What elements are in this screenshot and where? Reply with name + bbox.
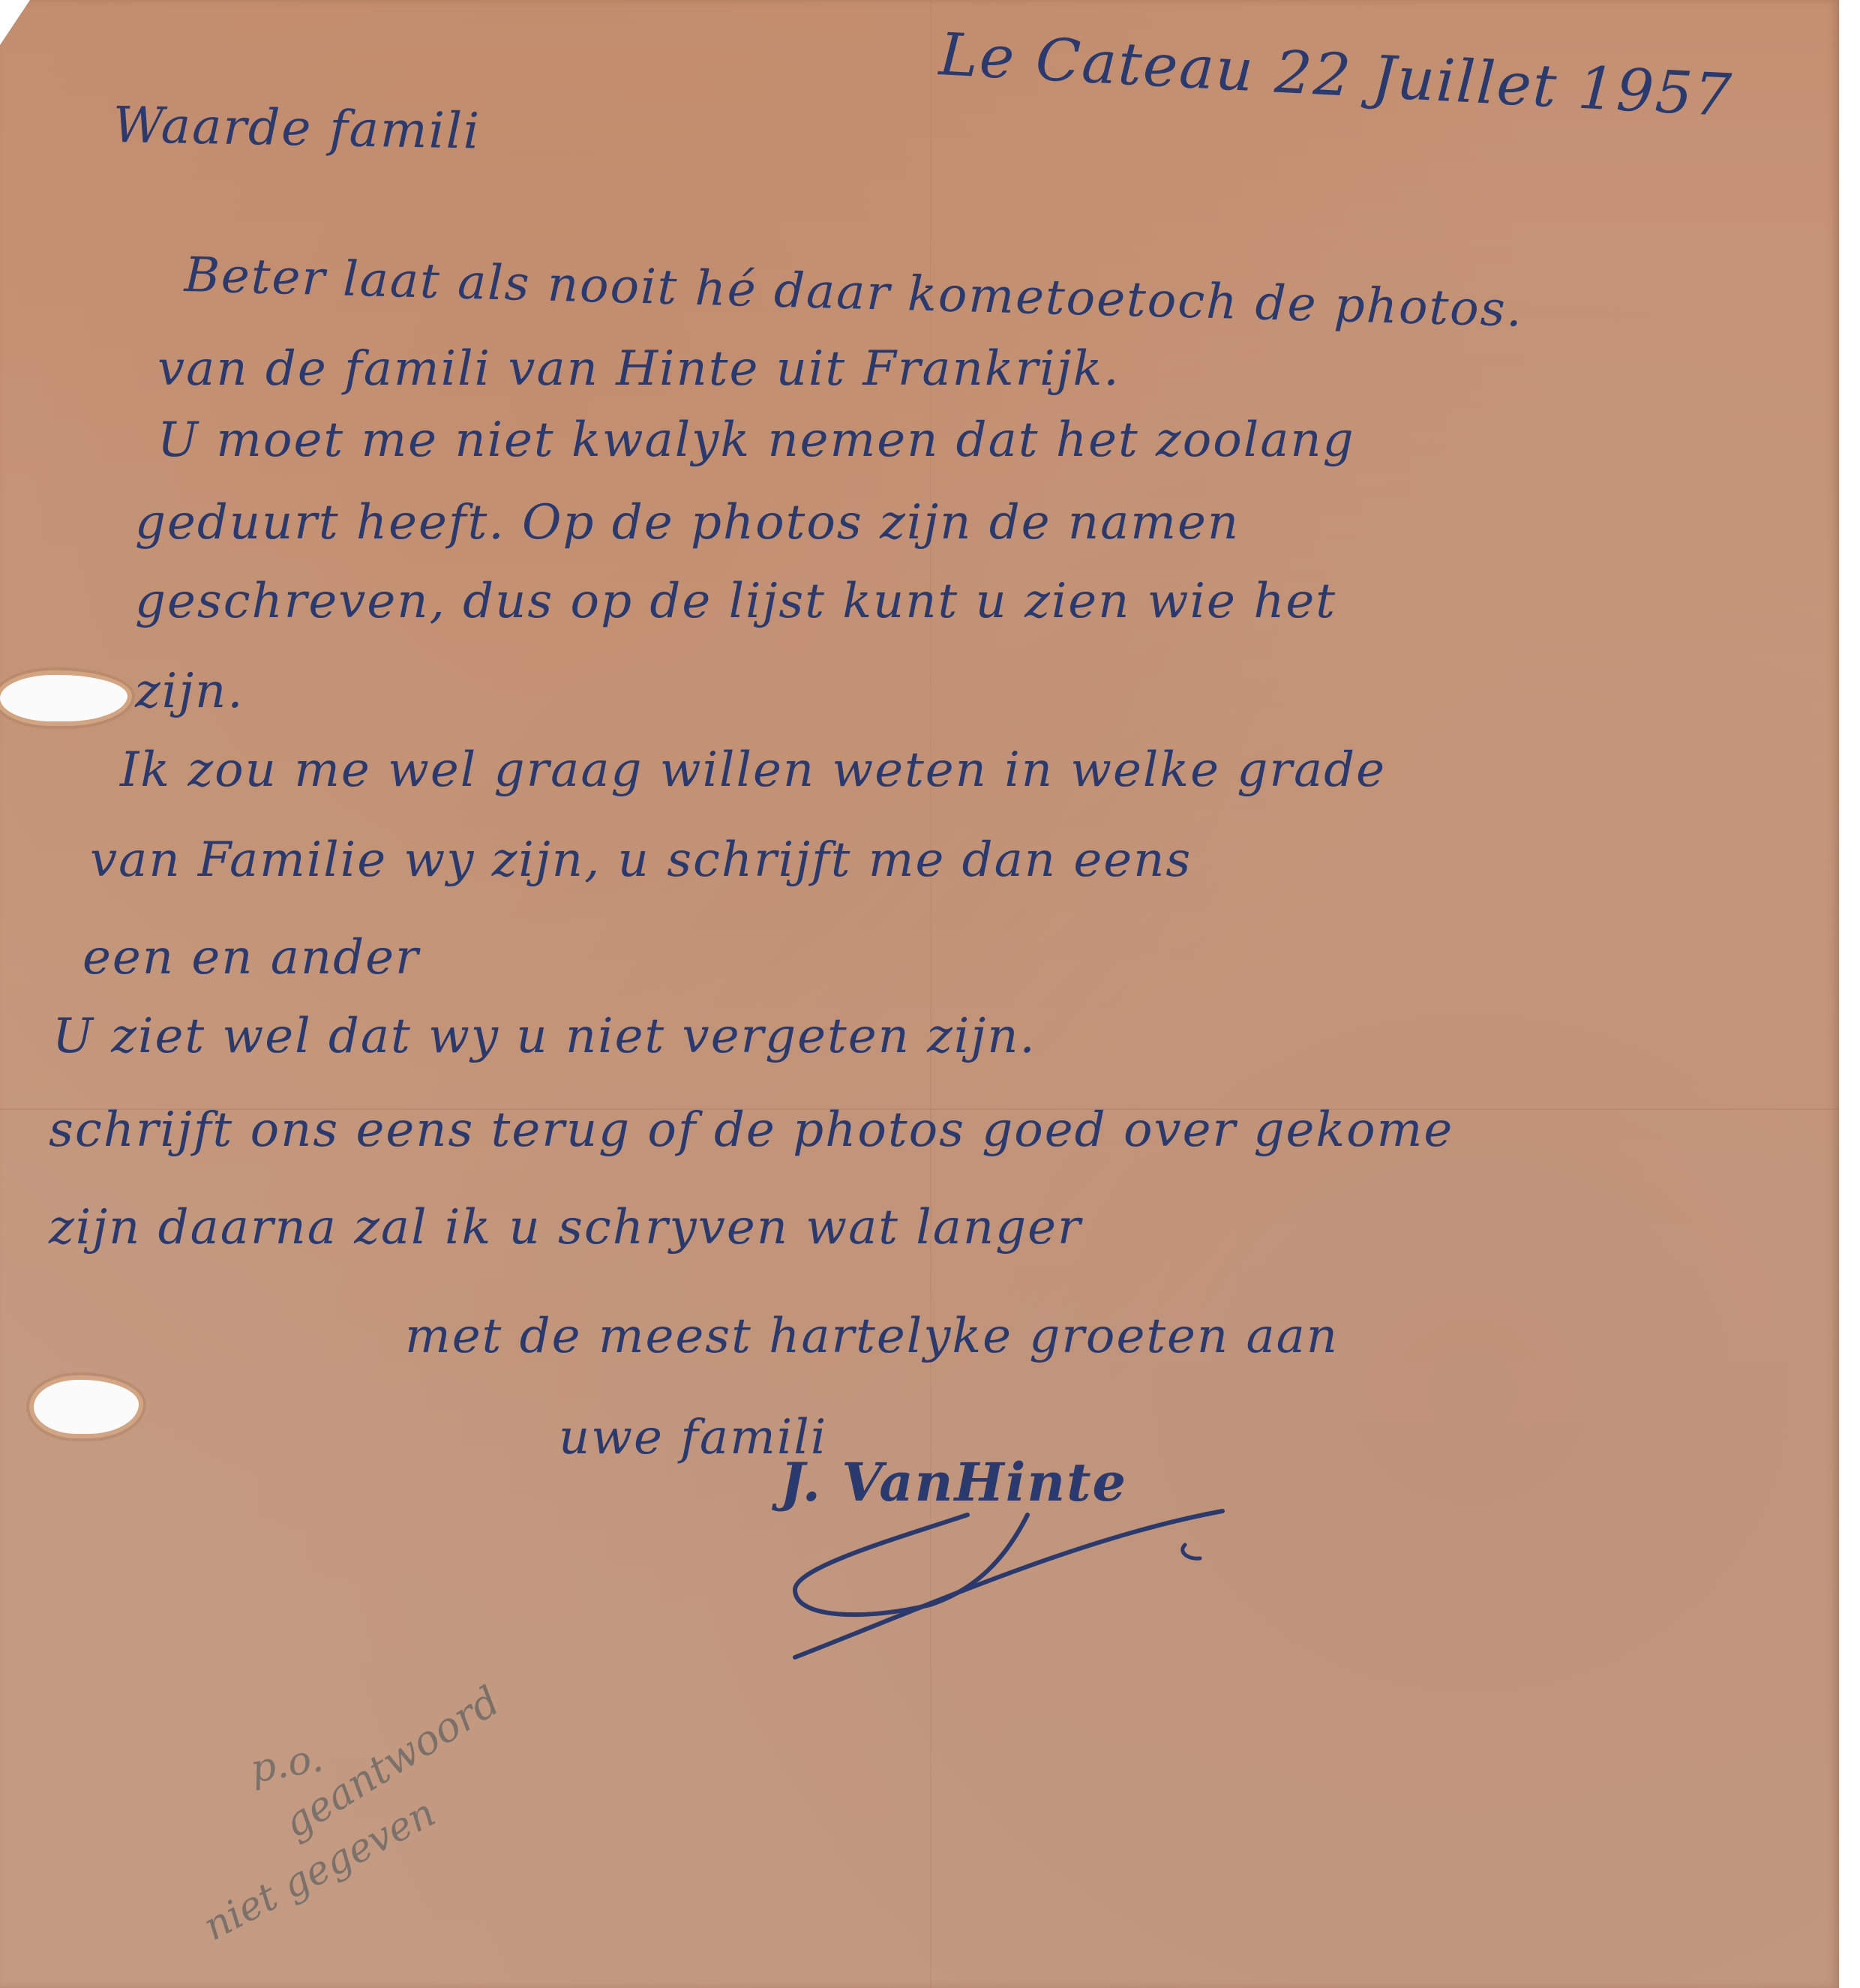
letter-sheet: Le Cateau 22 Juillet 1957 Waarde famili … xyxy=(0,0,1839,1988)
letter-salutation: Waarde famili xyxy=(112,96,481,160)
letter-body-line: U moet me niet kwalyk nemen dat het zool… xyxy=(157,412,1355,468)
punch-hole-icon xyxy=(34,1380,139,1434)
letter-body-line: van Familie wy zijn, u schrijft me dan e… xyxy=(90,832,1192,888)
signature-flourish-icon xyxy=(780,1470,1305,1695)
letter-body-line: geduurt heeft. Op de photos zijn de name… xyxy=(135,495,1240,550)
letter-body-line: van de famili van Hinte uit Frankrijk. xyxy=(157,341,1120,397)
letter-body-line: een en ander xyxy=(82,930,420,985)
letter-body-line: schrijft ons eens terug of de photos goe… xyxy=(49,1102,1453,1158)
letter-body-line: Ik zou me wel graag willen weten in welk… xyxy=(120,742,1386,798)
letter-body-line: geschreven, dus op de lijst kunt u zien … xyxy=(135,574,1336,629)
letter-body-line: zijn. xyxy=(135,664,244,719)
letter-body-line: Beter laat als nooit hé daar kometoetoch… xyxy=(184,247,1524,338)
letter-body-line: zijn daarna zal ik u schryven wat langer xyxy=(49,1200,1082,1255)
letter-body-line: U ziet wel dat wy u niet vergeten zijn. xyxy=(52,1009,1036,1064)
letter-place-date: Le Cateau 22 Juillet 1957 xyxy=(937,21,1734,130)
punch-hole-icon xyxy=(0,675,127,721)
letter-closing-line: met de meest hartelyke groeten aan xyxy=(405,1309,1339,1364)
